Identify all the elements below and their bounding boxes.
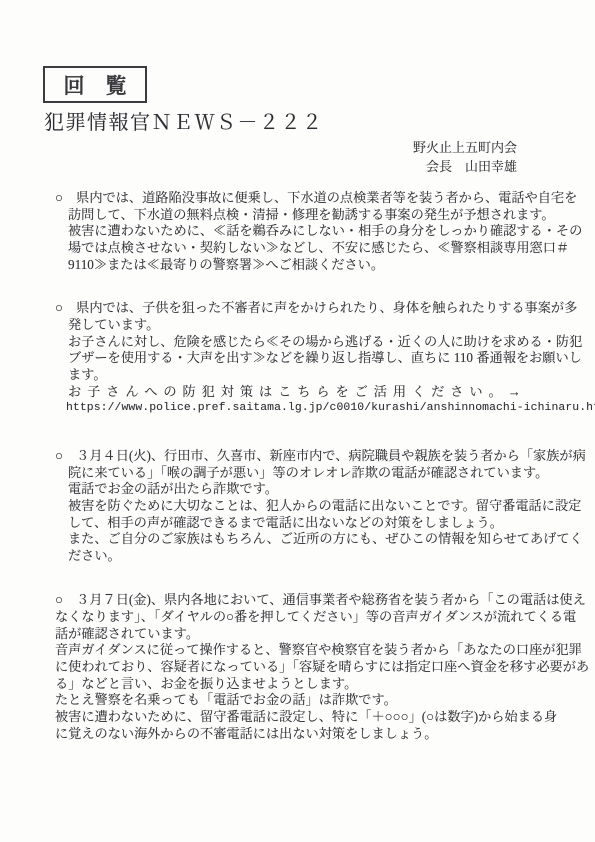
police-url: https://www.police.pref.saitama.lg.jp/c0…: [55, 400, 547, 417]
notice-text-line: る」などと言い、お金を振り込ませようとします。: [55, 676, 547, 693]
notice-text-line: ○ 県内では、子供を狙った不審者に声をかけられたり、身体を触られたりする事案が多: [55, 300, 547, 317]
notice-text-line: して、相手の声が確認できるまで電話に出ないなどの対策をしましょう。: [55, 515, 547, 532]
notice-text-line: また、ご自分のご家族はもちろん、ご近所の方にも、ぜひこの情報を知らせてあげてく: [55, 531, 547, 548]
association-name: 野火止上五町内会: [413, 139, 517, 158]
notice-text-line: 訪問して、下水道の無料点検・清掃・修理を勧誘する事案の発生が予想されます。: [55, 207, 547, 224]
notice-text-line: ブザーを使用する・大声を出す≫などを繰り返し指導し、直ちに 110 番通報をお願…: [55, 350, 547, 367]
notice-text-line: ○ ３月４日(火)、行田市、久喜市、新座市内で、病院職員や親族を装う者から「家族…: [55, 448, 547, 465]
notice-body: ○ 県内では、道路陥没事故に便乗し、下水道の点検業者等を装う者から、電話や自宅を…: [55, 190, 547, 742]
notice-text-line: お子さんに対し、危険を感じたら≪その場から逃げる・近くの人に助けを求める・防犯: [55, 334, 547, 351]
notice-text-line: に覚えのない海外からの不審電話には出ない対策をしましょう。: [55, 726, 547, 743]
organization-block: 野火止上五町内会 会長 山田幸雄: [413, 139, 517, 176]
notice-text-line: 発しています。: [55, 317, 547, 334]
notice-text-line: 場では点検させない・契約しない≫などし、不安に感じたら、≪警察相談専用窓口＃: [55, 240, 547, 257]
notice-text-line: なくなります」、「ダイヤルの○番を押してください」等の音声ガイダンスが流れてくる…: [55, 609, 547, 626]
notice-text-line: ます。: [55, 367, 547, 384]
newsletter-title: 犯罪情報官ＮＥＷＳ－２２２: [44, 106, 324, 135]
notice-text-line: ○ ３月７日(金)、県内各地において、通信事業者や総務省を装う者から「この電話は…: [55, 592, 547, 609]
notice-section-1: ○ 県内では、道路陥没事故に便乗し、下水道の点検業者等を装う者から、電話や自宅を…: [55, 190, 547, 273]
kairan-stamp-box: 回 覧: [43, 66, 147, 103]
notice-text-line: お子さんへの防犯対策はこちらをご活用ください。→: [55, 384, 547, 401]
notice-section-4: ○ ３月７日(金)、県内各地において、通信事業者や総務省を装う者から「この電話は…: [55, 592, 547, 742]
document-page: 回 覧 犯罪情報官ＮＥＷＳ－２２２ 野火止上五町内会 会長 山田幸雄 ○ 県内で…: [0, 0, 595, 842]
notice-text-line: 被害に遭わないために、留守番電話に設定し、特に「＋○○○」(○は数字)から始まる…: [55, 709, 547, 726]
notice-text-line: 被害を防ぐために大切なことは、犯人からの電話に出ないことです。留守番電話に設定: [55, 498, 547, 515]
notice-text-line: 話が確認されています。: [55, 626, 547, 643]
notice-text-line: 音声ガイダンスに従って操作すると、警察官や検察官を装う者から「あなたの口座が犯罪: [55, 642, 547, 659]
notice-text-line: ○ 県内では、道路陥没事故に便乗し、下水道の点検業者等を装う者から、電話や自宅を: [55, 190, 547, 207]
notice-section-3: ○ ３月４日(火)、行田市、久喜市、新座市内で、病院職員や親族を装う者から「家族…: [55, 448, 547, 565]
notice-section-2: ○ 県内では、子供を狙った不審者に声をかけられたり、身体を触られたりする事案が多…: [55, 300, 547, 417]
notice-text-line: 院に来ている」「喉の調子が悪い」等のオレオレ詐欺の電話が確認されています。: [55, 465, 547, 482]
notice-text-line: ださい。: [55, 548, 547, 565]
notice-text-line: に使われており、容疑者になっている」「容疑を晴らすには指定口座へ資金を移す必要が…: [55, 659, 547, 676]
notice-text-line: たとえ警察を名乗っても「電話でお金の話」は詐欺です。: [55, 692, 547, 709]
notice-text-line: 被害に遭わないために、≪話を鵜呑みにしない・相手の身分をしっかり確認する・その: [55, 223, 547, 240]
chairman-name: 会長 山田幸雄: [413, 158, 517, 177]
kairan-stamp-label: 回 覧: [64, 70, 127, 100]
notice-text-line: 9110≫または≪最寄りの警察署≫へご相談ください。: [55, 257, 547, 274]
notice-text-line: 電話でお金の話が出たら詐欺です。: [55, 481, 547, 498]
